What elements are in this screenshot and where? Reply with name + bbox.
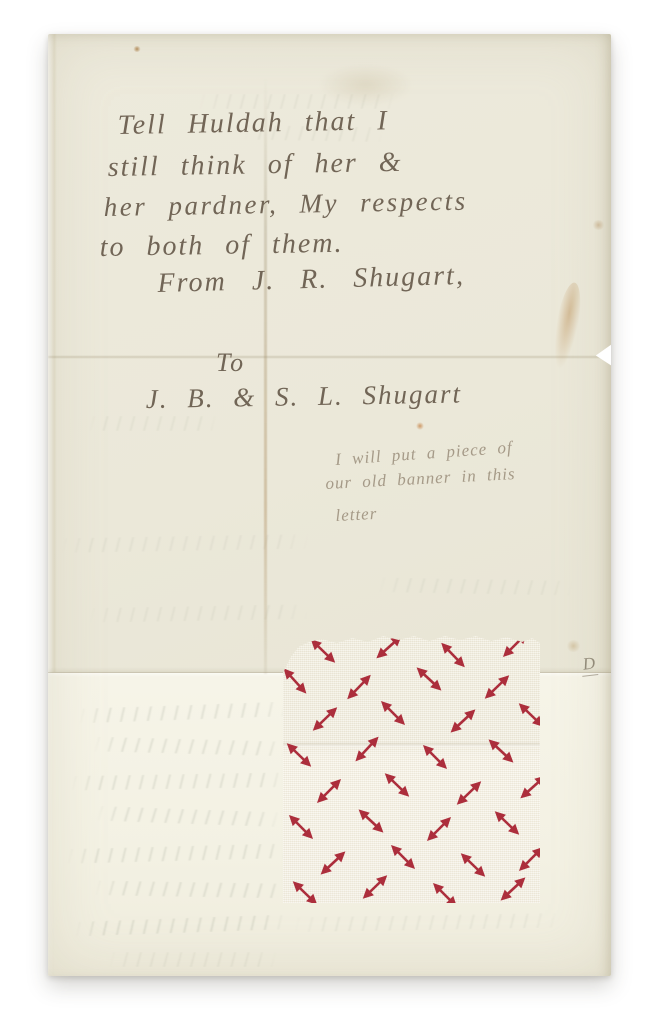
double-arrow-icon	[418, 740, 452, 774]
double-arrow-icon	[436, 638, 470, 672]
double-arrow-icon	[490, 806, 524, 840]
bleed-through-writing	[88, 604, 308, 623]
double-arrow-icon	[350, 732, 383, 766]
bleed-through-writing	[93, 736, 288, 756]
double-arrow-icon	[308, 702, 342, 736]
letter-line: to both of them.	[99, 228, 343, 264]
postscript-line: letter	[335, 504, 378, 526]
torn-edge-notch	[594, 344, 611, 366]
foxing-spot	[592, 220, 605, 230]
signature-line: From J. R. Shugart,	[157, 260, 465, 300]
bleed-through-writing	[293, 913, 563, 933]
double-arrow-icon	[282, 738, 316, 772]
double-arrow-icon	[358, 870, 392, 904]
double-arrow-icon	[496, 872, 530, 905]
double-arrow-icon	[380, 768, 414, 802]
bleed-through-writing	[94, 880, 294, 898]
double-arrow-icon	[480, 670, 514, 704]
letter-line: Tell Huldah that I	[117, 105, 388, 142]
foxing-spot	[416, 422, 424, 430]
double-arrow-icon	[342, 670, 376, 704]
bleed-through-writing	[88, 416, 218, 431]
to-label: To	[216, 348, 245, 378]
bleed-through-writing	[74, 914, 289, 936]
addressee-line: J. B. & S. L. Shugart	[145, 378, 462, 415]
bleed-through-writing	[66, 843, 296, 864]
under-sheet-edge	[48, 34, 57, 674]
double-arrow-icon	[386, 840, 420, 874]
double-arrow-icon	[412, 662, 446, 695]
bleed-through-writing	[108, 952, 278, 967]
double-arrow-icon	[284, 810, 318, 844]
bleed-through-writing	[378, 577, 573, 595]
bleed-through-writing	[78, 701, 288, 723]
double-arrow-icon	[422, 812, 456, 846]
bleed-through-writing	[96, 806, 281, 827]
bleed-through-writing	[70, 772, 290, 791]
photo-background: Tell Huldah that I still think of her & …	[0, 0, 650, 1024]
pencil-mark: D	[580, 653, 599, 677]
horizontal-fold-crease	[48, 356, 611, 358]
double-arrow-icon	[354, 804, 388, 837]
foxing-spot	[133, 46, 141, 52]
foxing-spot	[566, 640, 581, 652]
double-arrow-icon	[316, 846, 350, 879]
double-arrow-icon	[452, 776, 486, 810]
letter-line: still think of her &	[107, 147, 402, 184]
double-arrow-icon	[446, 704, 480, 737]
fabric-swatch	[283, 633, 540, 903]
double-arrow-icon	[376, 696, 410, 730]
double-arrow-icon	[456, 848, 490, 882]
bleed-through-writing	[60, 534, 310, 553]
letter-line: her pardner, My respects	[103, 186, 467, 223]
double-arrow-icon	[484, 734, 518, 767]
fabric-swatch-arrows	[283, 633, 540, 903]
double-arrow-icon	[312, 774, 346, 808]
